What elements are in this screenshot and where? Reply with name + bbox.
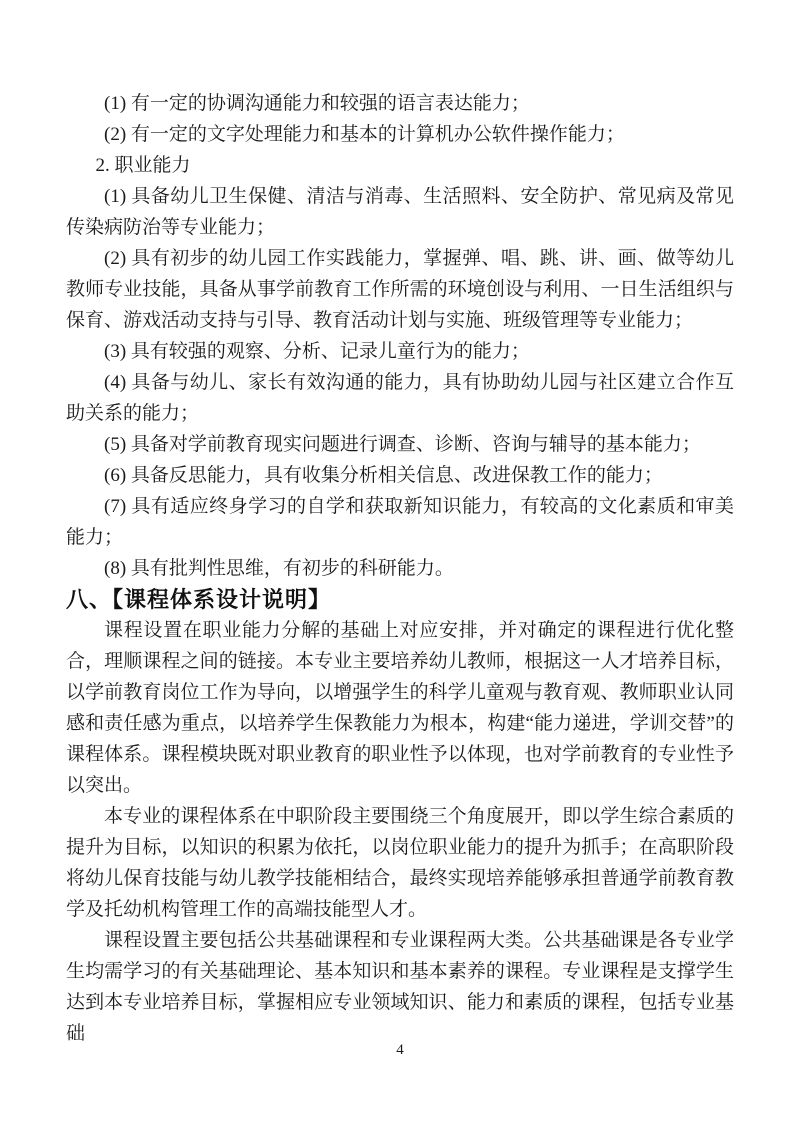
body-paragraph-3: 课程设置主要包括公共基础课程和专业课程两大类。公共基础课是各专业学生均需学习的有… [66,925,734,1049]
list-item-vocational-7: (7) 具有适应终身学习的自学和获取新知识能力，有较高的文化素质和审美能力； [66,491,734,553]
document-body: (1) 有一定的协调沟通能力和较强的语言表达能力； (2) 有一定的文字处理能力… [66,88,734,1049]
list-item-vocational-2: (2) 具有初步的幼儿园工作实践能力，掌握弹、唱、跳、讲、画、做等幼儿教师专业技… [66,243,734,336]
section-heading-curriculum-design: 八、【课程体系设计说明】 [66,584,734,615]
list-item-general-1: (1) 有一定的协调沟通能力和较强的语言表达能力； [66,88,734,119]
subsection-label-vocational-ability: 2. 职业能力 [66,150,734,181]
list-item-vocational-1: (1) 具备幼儿卫生保健、清洁与消毒、生活照料、安全防护、常见病及常见传染病防治… [66,181,734,243]
list-item-vocational-5: (5) 具备对学前教育现实问题进行调查、诊断、咨询与辅导的基本能力； [66,429,734,460]
body-paragraph-1: 课程设置在职业能力分解的基础上对应安排，并对确定的课程进行优化整合，理顺课程之间… [66,615,734,801]
list-item-vocational-6: (6) 具备反思能力，具有收集分析相关信息、改进保教工作的能力； [66,460,734,491]
list-item-general-2: (2) 有一定的文字处理能力和基本的计算机办公软件操作能力； [66,119,734,150]
list-item-vocational-3: (3) 具有较强的观察、分析、记录儿童行为的能力； [66,336,734,367]
document-page: (1) 有一定的协调沟通能力和较强的语言表达能力； (2) 有一定的文字处理能力… [0,0,800,1130]
body-paragraph-2: 本专业的课程体系在中职阶段主要围绕三个角度展开，即以学生综合素质的提升为目标，以… [66,801,734,925]
list-item-vocational-8: (8) 具有批判性思维，有初步的科研能力。 [66,553,734,584]
page-number: 4 [0,1040,800,1060]
list-item-vocational-4: (4) 具备与幼儿、家长有效沟通的能力，具有协助幼儿园与社区建立合作互助关系的能… [66,367,734,429]
